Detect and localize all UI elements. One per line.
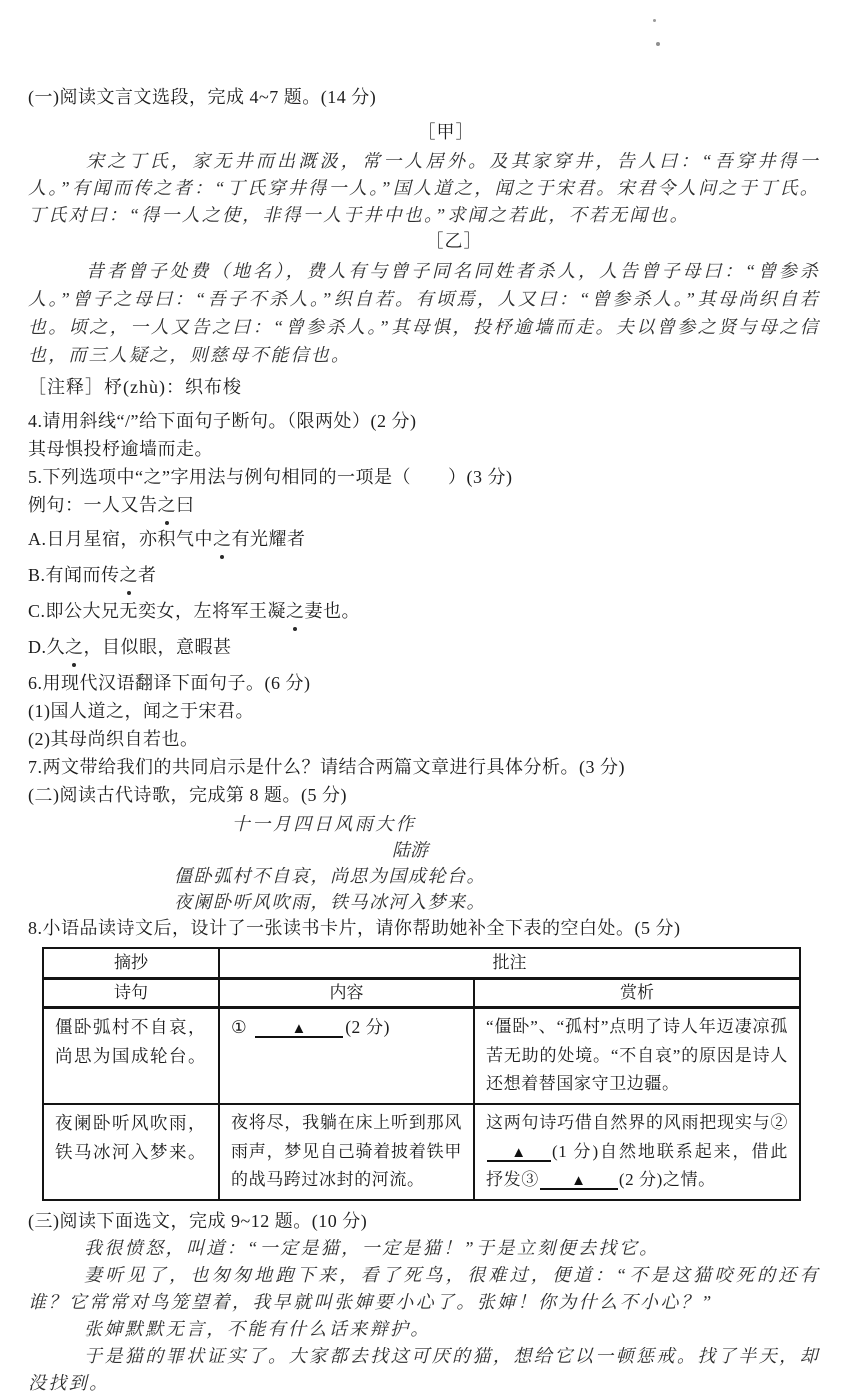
- option-b-pre: B.有闻而传: [28, 565, 120, 585]
- poem-line-1: 僵卧弧村不自哀，尚思为国成轮台。: [0, 863, 726, 889]
- row1-content-cell: ①▲(2 分): [219, 1008, 474, 1105]
- section2-heading: (二)阅读古代诗歌，完成第 8 题。(5 分): [28, 781, 820, 809]
- table-row: 夜阑卧听风吹雨，铁马冰河入梦来。 夜将尽，我躺在床上听到那风雨声，梦见自己骑着披…: [43, 1104, 800, 1200]
- scan-speck: [86, 1334, 89, 1337]
- option-a: A.日月星宿，亦积气中之有光耀者: [28, 525, 820, 553]
- option-b-emphasis-char: 之: [120, 561, 139, 589]
- poem-line-2: 夜阑卧听风吹雨，铁马冰河入梦来。: [0, 889, 726, 915]
- story-paragraph-3: 张婶默默无言，不能有什么话来辩护。: [28, 1316, 820, 1343]
- circled-number-2: ②: [770, 1113, 788, 1132]
- option-c-post: 妻也。: [305, 601, 361, 621]
- option-c-emphasis-char: 之: [286, 597, 305, 625]
- passage-jia-text: 宋之丁氏，家无井而出溉汲，常一人居外。及其家穿井，告人曰：“吾穿井得一人。”有闻…: [28, 148, 820, 229]
- poem-author: 陆游: [14, 837, 806, 863]
- row2-content-cell: 夜将尽，我躺在床上听到那风雨声，梦见自己骑着披着铁甲的战马跨过冰封的河流。: [219, 1104, 474, 1200]
- option-b-post: 者: [138, 565, 157, 585]
- header-excerpt: 摘抄: [43, 948, 219, 979]
- story-paragraph-1: 我很愤怒，叫道：“一定是猫，一定是猫！”于是立刻便去找它。: [28, 1235, 820, 1262]
- row2-analysis-pre: 这两句诗巧借自然界的风雨把现实与: [486, 1113, 770, 1132]
- answer-blank-3: ▲: [540, 1173, 618, 1190]
- option-a-post: 有光耀者: [232, 529, 306, 549]
- header-appreciation: 赏析: [474, 979, 800, 1008]
- section1-heading: (一)阅读文言文选段，完成 4~7 题。(14 分): [28, 84, 820, 110]
- scan-speck: [656, 42, 660, 46]
- triangle-marker-icon: ▲: [511, 1145, 526, 1161]
- triangle-marker-icon: ▲: [571, 1173, 586, 1189]
- circled-number-3: ③: [521, 1170, 539, 1189]
- header-content: 内容: [219, 979, 474, 1008]
- blank-3-score: (2 分): [619, 1170, 663, 1189]
- passage-jia-label: ［甲］: [50, 120, 842, 144]
- footnote-line: ［注释］杼(zhù)：织布梭: [28, 373, 820, 401]
- row2-analysis-post: 之情。: [663, 1170, 716, 1189]
- q5-example-pre: 例句：一人又告: [28, 495, 158, 515]
- question-6-item-2: (2)其母尚织自若也。: [28, 725, 820, 753]
- question-6: 6.用现代汉语翻译下面句子。(6 分): [28, 669, 820, 697]
- row2-analysis-cell: 这两句诗巧借自然界的风雨把现实与②▲(1 分)自然地联系起来，借此抒发③▲(2 …: [474, 1104, 800, 1200]
- section3-heading: (三)阅读下面选文，完成 9~12 题。(10 分): [28, 1207, 820, 1235]
- option-d-pre: D.久: [28, 637, 65, 657]
- exam-page: { "colors": { "ink": "#1d1d1d", "table_b…: [0, 0, 850, 1392]
- story-paragraph-4: 于是猫的罪状证实了。大家都去找这可厌的猫，想给它以一顿惩戒。找了半天，却没找到。: [28, 1343, 820, 1397]
- question-7: 7.两文带给我们的共同启示是什么？请结合两篇文章进行具体分析。(3 分): [28, 753, 820, 781]
- question-6-item-1: (1)国人道之，闻之于宋君。: [28, 697, 820, 725]
- option-a-emphasis-char: 之: [213, 525, 232, 553]
- reading-card-table: 摘抄 批注 诗句 内容 赏析 僵卧弧村不自哀，尚思为国成轮台。 ①▲(2 分) …: [42, 947, 801, 1201]
- passage-yi-text: 昔者曾子处费（地名），费人有与曾子同名同姓者杀人，人告曾子母曰：“曾参杀人。”曾…: [28, 257, 820, 369]
- story-paragraph-2: 妻听见了，也匆匆地跑下来，看了死鸟，很难过，便道：“不是这猫咬死的还有谁？它常常…: [28, 1262, 820, 1316]
- option-d-emphasis-char: 之: [65, 633, 84, 661]
- option-c-pre: C.即公大兄无奕女，左将军王凝: [28, 601, 286, 621]
- option-a-pre: A.日月星宿，亦积气中: [28, 529, 213, 549]
- circled-number-1: ①: [231, 1017, 247, 1037]
- header-annotation: 批注: [219, 948, 800, 979]
- passage-yi-label: ［乙］: [58, 229, 850, 253]
- blank-1-score: (2 分): [345, 1017, 390, 1037]
- row1-analysis-cell: “僵卧”、“孤村”点明了诗人年迈凄凉孤苦无助的处境。“不自哀”的原因是诗人还想着…: [474, 1008, 800, 1105]
- exam-content: (一)阅读文言文选段，完成 4~7 题。(14 分) ［甲］ 宋之丁氏，家无井而…: [0, 0, 850, 1397]
- answer-blank-1: ▲: [255, 1020, 343, 1038]
- scan-speck: [653, 19, 656, 22]
- blank-2-score: (1 分): [552, 1142, 599, 1161]
- option-b: B.有闻而传之者: [28, 561, 820, 589]
- q5-example-emphasis-char: 之: [158, 491, 177, 519]
- q5-example-line: 例句：一人又告之曰: [28, 491, 820, 519]
- question-8: 8.小语品读诗文后，设计了一张读书卡片，请你帮助她补全下表的空白处。(5 分): [28, 915, 820, 941]
- option-c: C.即公大兄无奕女，左将军王凝之妻也。: [28, 597, 820, 625]
- header-verse: 诗句: [43, 979, 219, 1008]
- row2-verse-cell: 夜阑卧听风吹雨，铁马冰河入梦来。: [43, 1104, 219, 1200]
- answer-blank-2: ▲: [487, 1145, 551, 1162]
- poem-title: 十一月四日风雨大作: [0, 811, 720, 837]
- question-4-sentence: 其母惧投杼逾墙而走。: [28, 435, 820, 463]
- table-header-row-2: 诗句 内容 赏析: [43, 979, 800, 1008]
- triangle-marker-icon: ▲: [292, 1021, 307, 1037]
- question-4: 4.请用斜线“/”给下面句子断句。（限两处）(2 分): [28, 407, 820, 435]
- row1-verse-cell: 僵卧弧村不自哀，尚思为国成轮台。: [43, 1008, 219, 1105]
- table-row: 僵卧弧村不自哀，尚思为国成轮台。 ①▲(2 分) “僵卧”、“孤村”点明了诗人年…: [43, 1008, 800, 1105]
- question-5: 5.下列选项中“之”字用法与例句相同的一项是（ ）(3 分): [28, 463, 820, 491]
- option-d: D.久之，目似眼，意暇甚: [28, 633, 820, 661]
- option-d-post: ，目似眼，意暇甚: [84, 637, 232, 657]
- table-header-row-1: 摘抄 批注: [43, 948, 800, 979]
- q5-example-post: 曰: [176, 495, 195, 515]
